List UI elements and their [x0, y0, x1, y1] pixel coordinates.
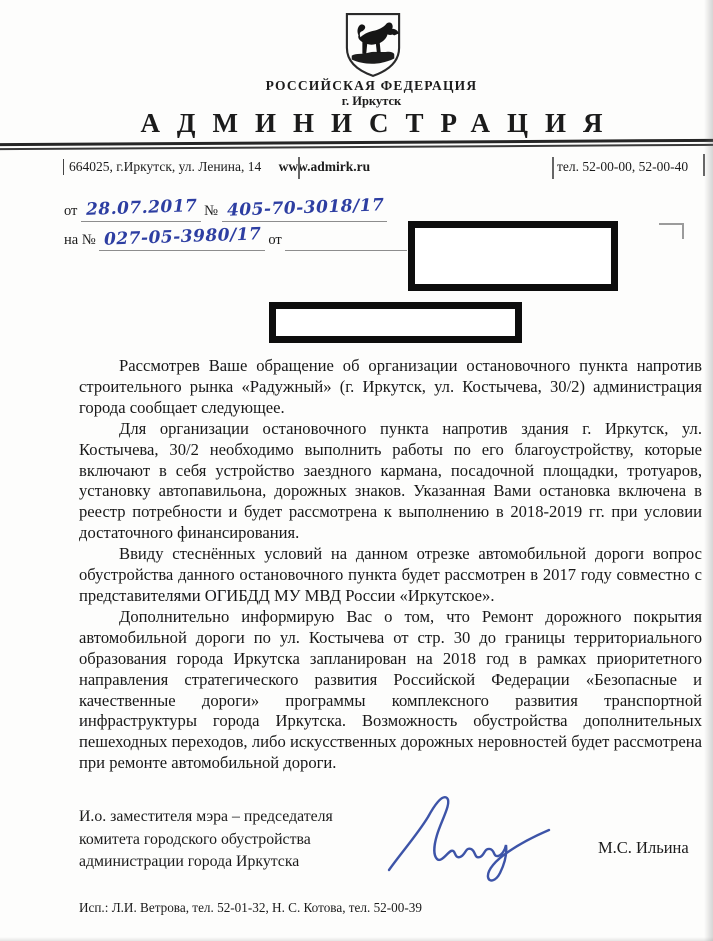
letterhead-organization: АДМИНИСТРАЦИЯ	[30, 108, 713, 139]
redaction-box-addressee	[269, 302, 522, 343]
scanned-letter-page: РОССИЙСКАЯ ФЕДЕРАЦИЯ г. Иркутск АДМИНИСТ…	[0, 0, 713, 941]
reference-block: от 28.07.2017 № 405-70-3018/17 на № 027-…	[64, 198, 407, 256]
irkutsk-coat-of-arms-babr-icon	[344, 11, 402, 79]
incoming-number-field: 027-05-3980/17	[99, 227, 264, 251]
redaction-box-recipient	[408, 221, 618, 291]
signer-name: М.С. Ильина	[598, 838, 689, 858]
address-text: 664025, г.Иркутск, ул. Ленина, 14	[69, 159, 261, 174]
letterhead-city: г. Иркутск	[30, 94, 713, 109]
from-label: от	[64, 203, 77, 222]
number-label: №	[204, 203, 218, 222]
signer-title-line-1: И.о. заместителя мэра – председателя	[79, 806, 333, 829]
paragraph-4: Дополнительно информирую Вас о том, что …	[79, 607, 702, 774]
handwritten-signature-icon	[383, 790, 555, 896]
website-text: www.admirk.ru	[279, 159, 371, 174]
phone-numbers: тел. 52-00-00, 52-00-40	[557, 159, 688, 175]
scan-edge-artifact	[0, 937, 713, 941]
postal-address: 664025, г.Иркутск, ул. Ленина, 14 www.ad…	[63, 159, 370, 175]
divider-tick	[298, 157, 300, 179]
empty-date-field	[285, 227, 407, 251]
letter-body: Рассмотрев Ваше обращение об организации…	[79, 356, 702, 774]
handwritten-date: 28.07.2017	[81, 196, 201, 220]
reply-from-label: от	[268, 232, 281, 251]
paragraph-2: Для организации остановочного пункта нап…	[79, 419, 702, 544]
form-corner-mark	[659, 223, 684, 239]
letterhead-country: РОССИЙСКАЯ ФЕДЕРАЦИЯ	[30, 78, 713, 94]
incoming-reference-row: на № 027-05-3980/17 от	[64, 227, 407, 256]
handwritten-incoming-number: 027-05-3980/17	[99, 224, 265, 250]
executors-line: Исп.: Л.И. Ветрова, тел. 52-01-32, Н. С.…	[79, 900, 422, 916]
outgoing-number-field: 405-70-3018/17	[222, 198, 387, 222]
divider-tick	[552, 157, 554, 179]
paragraph-1: Рассмотрев Ваше обращение об организации…	[79, 356, 702, 419]
scan-edge-artifact	[704, 0, 713, 941]
contact-row: 664025, г.Иркутск, ул. Ленина, 14 www.ad…	[0, 156, 713, 182]
outgoing-reference-row: от 28.07.2017 № 405-70-3018/17	[64, 198, 407, 227]
signer-title-line-2: комитета городского обустройства	[79, 829, 333, 852]
signer-title: И.о. заместителя мэра – председателя ком…	[79, 806, 333, 874]
signer-title-line-3: администрации города Иркутска	[79, 851, 333, 874]
date-field: 28.07.2017	[81, 198, 200, 222]
paragraph-3: Ввиду стеснённых условий на данном отрез…	[79, 544, 702, 607]
reply-label: на №	[64, 232, 96, 251]
handwritten-outgoing-number: 405-70-3018/17	[221, 195, 387, 221]
